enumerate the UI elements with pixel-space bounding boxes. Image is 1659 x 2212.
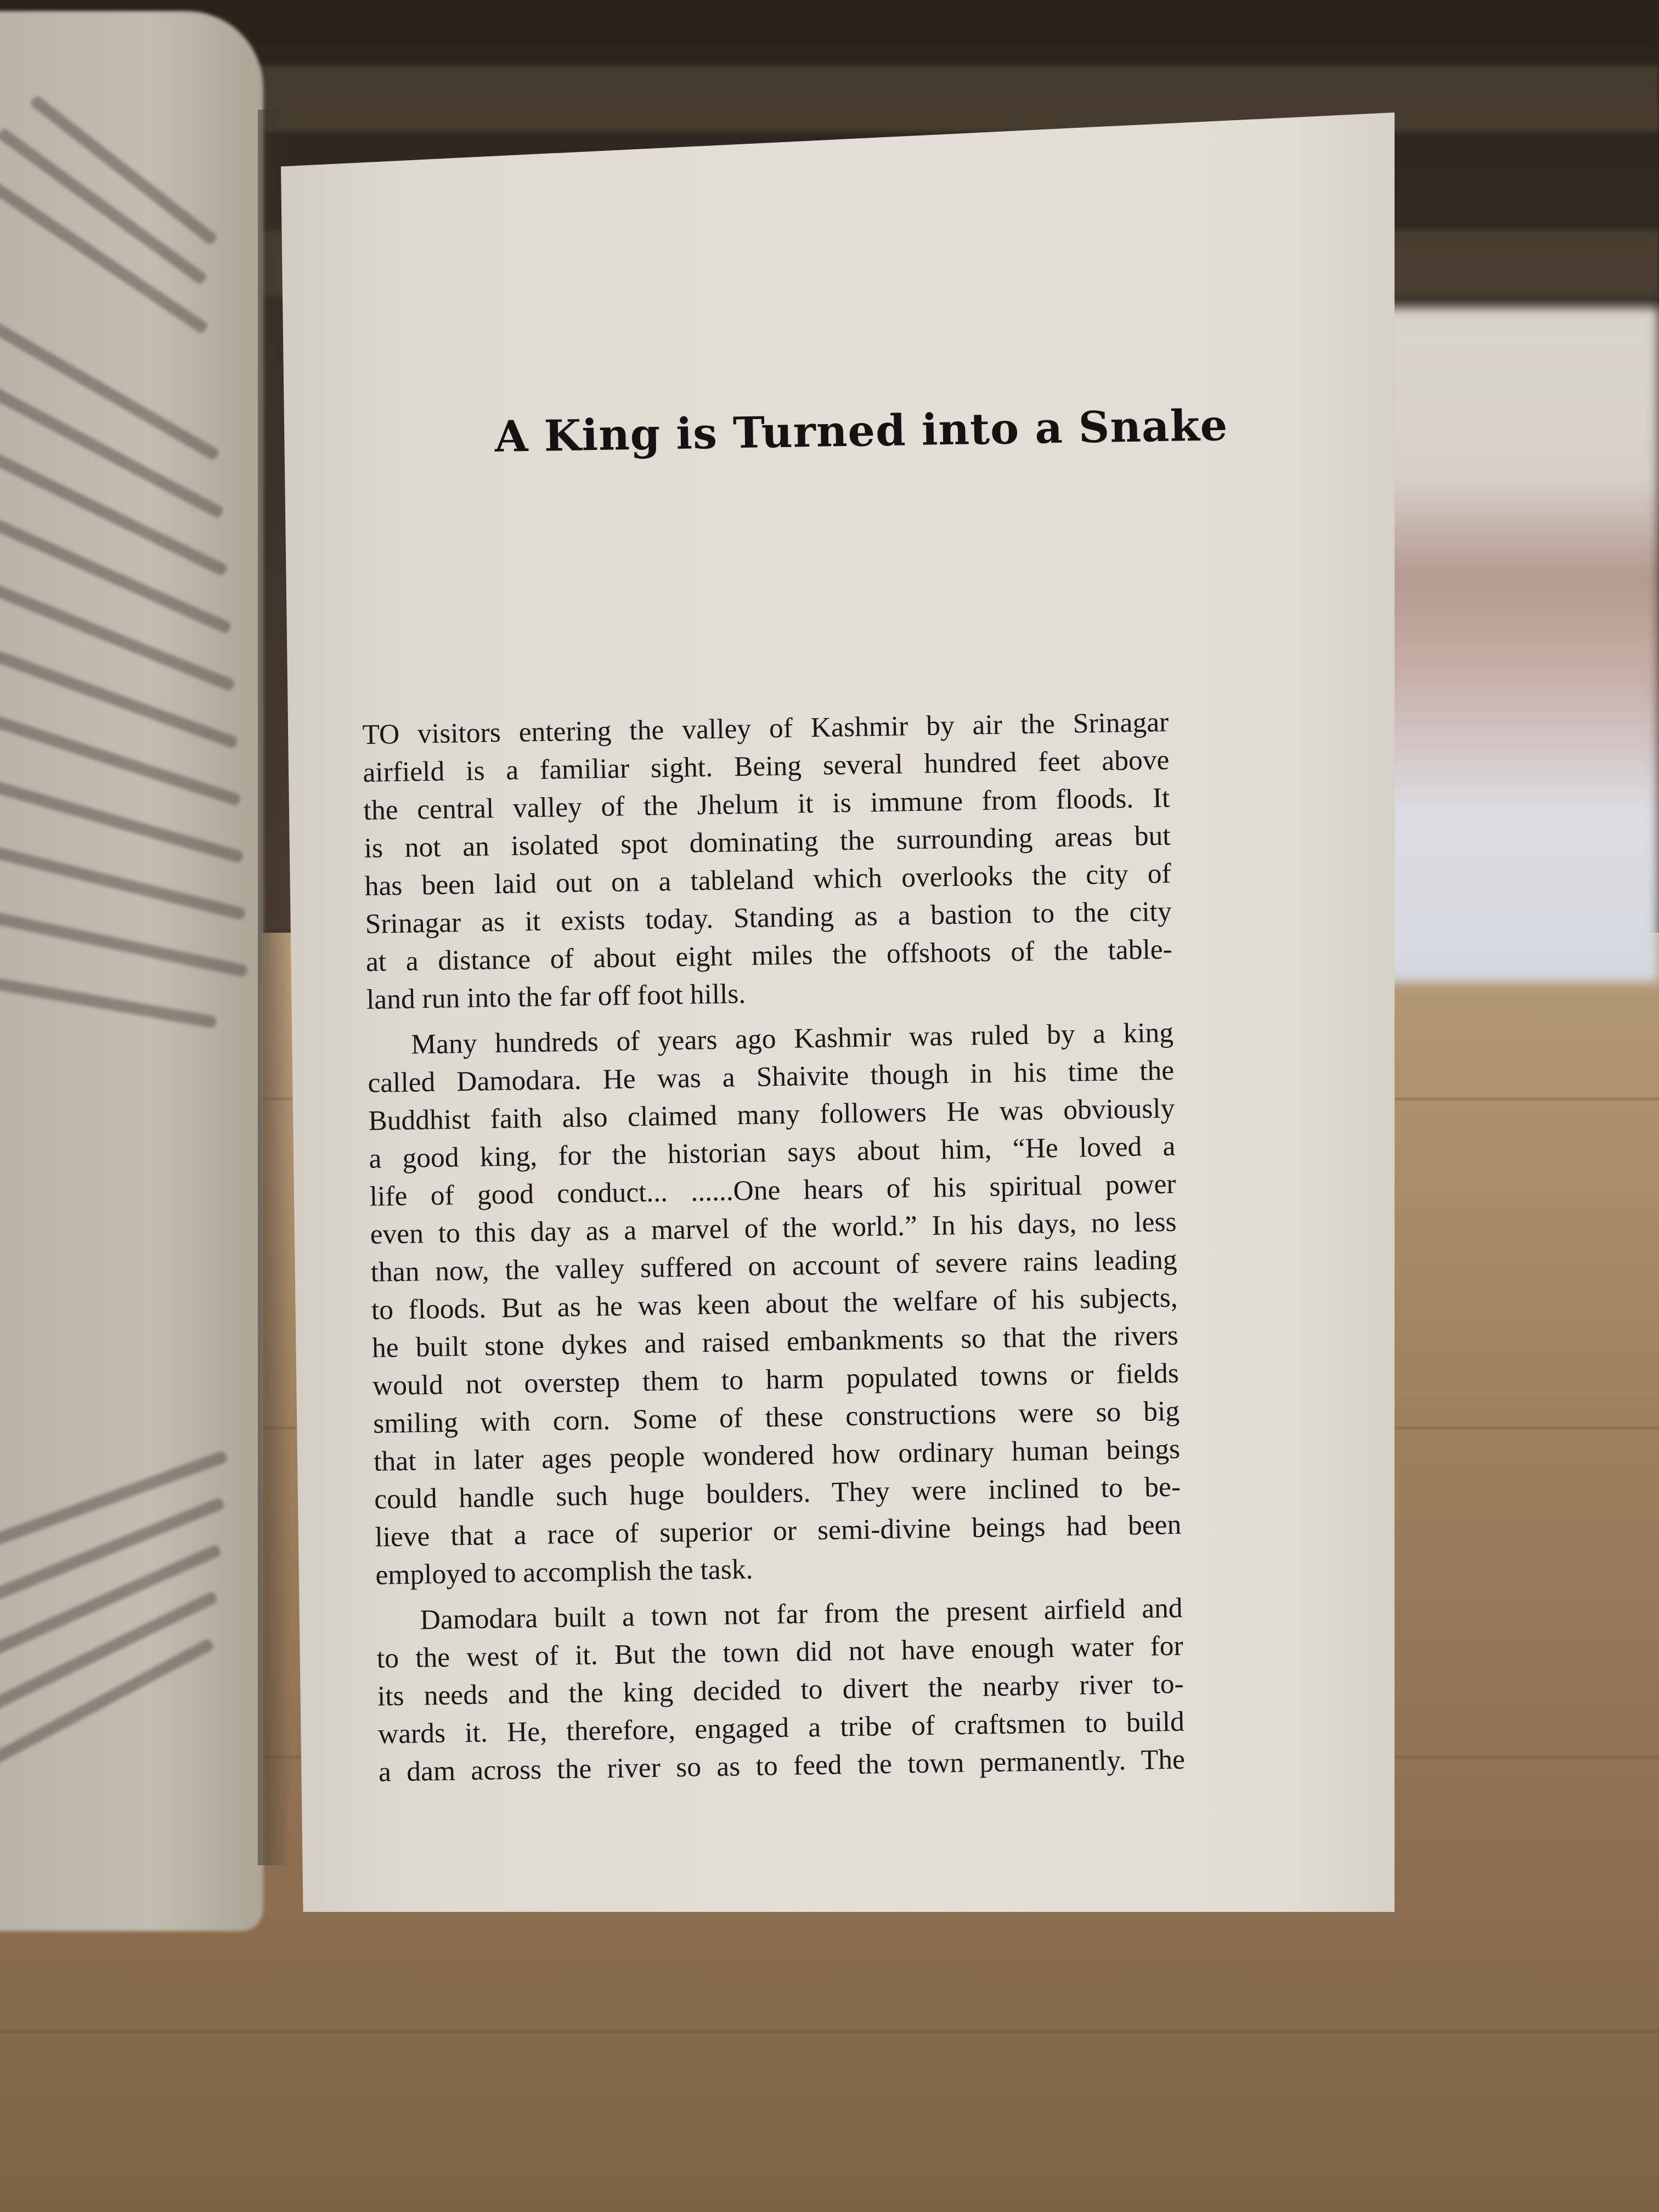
blurred-text-line bbox=[0, 385, 224, 519]
background-book bbox=[1383, 307, 1659, 982]
blurred-text-line bbox=[0, 1450, 228, 1548]
body-text: TO visitors entering the valley of Kashm… bbox=[362, 703, 1186, 1799]
shelf-band bbox=[230, 66, 1659, 132]
paragraph-2: Many hundreds of years ago Kashmir was r… bbox=[367, 1014, 1182, 1594]
blurred-text-line bbox=[0, 450, 228, 577]
paragraph-1: TO visitors entering the valley of Kashm… bbox=[362, 703, 1173, 1019]
blurred-text-line bbox=[0, 319, 220, 461]
paragraph-3: Damodara built a town not far from the p… bbox=[376, 1589, 1185, 1791]
blurred-text-line bbox=[0, 1638, 215, 1767]
blurred-text-line bbox=[0, 171, 209, 335]
blurred-text-line bbox=[0, 845, 246, 920]
chapter-title: A King is Turned into a Snake bbox=[494, 400, 1228, 462]
blurred-text-line bbox=[0, 911, 248, 977]
blurred-text-line bbox=[0, 516, 232, 634]
left-page-blurred bbox=[0, 11, 263, 1931]
page-content: A King is Turned into a Snake TO visitor… bbox=[358, 429, 1164, 442]
right-page: A King is Turned into a Snake TO visitor… bbox=[281, 112, 1395, 1912]
blurred-text-line bbox=[0, 977, 217, 1029]
blurred-text-line bbox=[0, 1497, 225, 1602]
wood-grain bbox=[0, 2030, 1659, 2033]
